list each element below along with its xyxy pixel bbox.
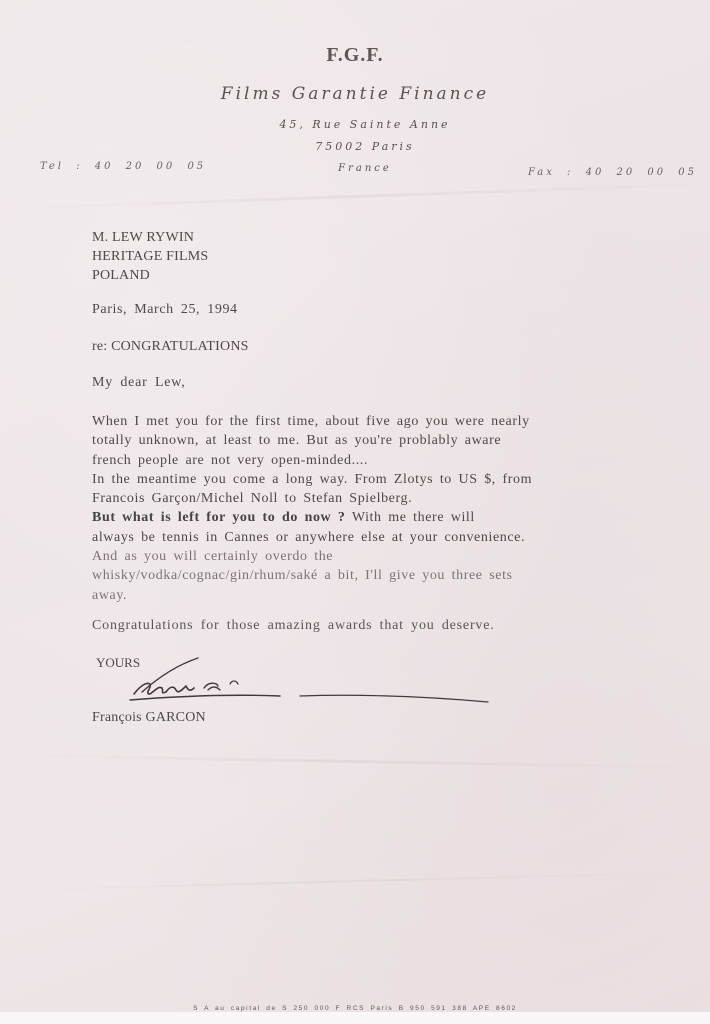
body-line: In the meantime you come a long way. Fro…: [92, 470, 632, 489]
paper-crease: [0, 183, 710, 211]
body-line: Francois Garçon/Michel Noll to Stefan Sp…: [92, 489, 632, 508]
body-line: french people are not very open-minded..…: [92, 451, 632, 470]
company-legal-footer: S A au capital de S 250 000 F RCS Paris …: [0, 1005, 710, 1012]
body-line: always be tennis in Cannes or anywhere e…: [92, 528, 632, 547]
body-line: But what is left for you to do now ? Wit…: [92, 508, 632, 527]
letterhead-company: Films Garantie Finance: [0, 84, 710, 104]
body-line: totally unknown, at least to me. But as …: [92, 431, 632, 450]
body-line: When I met you for the first time, about…: [92, 412, 632, 431]
letterhead-street: 45, Rue Sainte Anne: [10, 118, 710, 131]
recipient-address: M. LEW RYWIN HERITAGE FILMS POLAND: [92, 228, 208, 285]
letterhead-city: 75002 Paris: [10, 140, 710, 153]
recipient-company: HERITAGE FILMS: [92, 247, 208, 266]
letterhead-fax: Fax : 40 20 00 05: [528, 167, 697, 178]
signer-name: François GARCON: [92, 710, 206, 726]
scan-edge: [0, 1012, 710, 1024]
recipient-country: POLAND: [92, 266, 208, 285]
handwritten-signature: [120, 650, 500, 710]
letterhead-telephone: Tel : 40 20 00 05: [40, 161, 206, 172]
recipient-name: M. LEW RYWIN: [92, 228, 208, 247]
paper-crease: [30, 871, 690, 890]
letter-page: F.G.F. Films Garantie Finance 45, Rue Sa…: [0, 0, 710, 1012]
paper-crease: [0, 754, 710, 769]
body-question: But what is left for you to do now ?: [92, 510, 345, 525]
letter-date: Paris, March 25, 1994: [92, 302, 238, 318]
letter-subject: re: CONGRATULATIONS: [92, 339, 249, 355]
body-line-suffix: With me there will: [345, 510, 474, 525]
salutation: My dear Lew,: [92, 375, 186, 391]
body-line: away.: [92, 586, 632, 605]
closing-line: Congratulations for those amazing awards…: [92, 618, 495, 634]
letter-body: When I met you for the first time, about…: [92, 412, 632, 605]
body-line: And as you will certainly overdo the: [92, 547, 632, 566]
body-line: whisky/vodka/cognac/gin/rhum/saké a bit,…: [92, 566, 632, 585]
letterhead-initials: F.G.F.: [0, 44, 710, 67]
